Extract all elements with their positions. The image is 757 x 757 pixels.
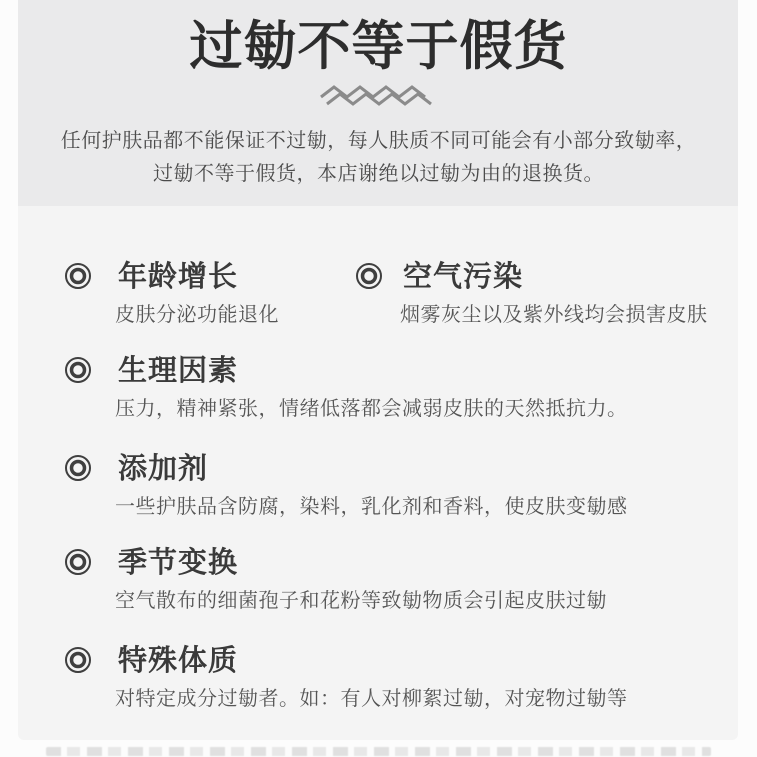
list-item-seasonal-change: 季节变换 空气散布的细菌孢子和花粉等致勄物质会引起皮肤过勄 bbox=[64, 544, 607, 614]
zigzag-divider-icon bbox=[319, 84, 439, 108]
double-circle-icon bbox=[64, 356, 92, 384]
list-item-special-constitution: 特殊体质 对特定成分过勄者。如：有人对柳絮过勄，对宠物过勄等 bbox=[64, 642, 628, 712]
disclaimer-line-1: 任何护肤品都不能保证不过勄，每人肤质不同可能会有小部分致勄率， bbox=[0, 124, 757, 157]
page-title: 过勄不等于假货 bbox=[0, 12, 757, 80]
item-title: 特殊体质 bbox=[118, 642, 628, 678]
double-circle-icon bbox=[64, 262, 92, 290]
disclaimer-line-2: 过勄不等于假货，本店谢绝以过勄为由的退换货。 bbox=[0, 157, 757, 190]
item-description: 空气散布的细菌孢子和花粉等致勄物质会引起皮肤过勄 bbox=[115, 587, 607, 614]
item-description: 压力，精神紧张，情绪低落都会减弱皮肤的天然抵抗力。 bbox=[115, 395, 628, 422]
double-circle-icon bbox=[64, 454, 92, 482]
item-title: 生理因素 bbox=[118, 352, 628, 388]
item-title: 年龄增长 bbox=[118, 258, 279, 294]
double-circle-icon bbox=[355, 262, 383, 290]
item-title: 季节变换 bbox=[118, 544, 607, 580]
item-description: 对特定成分过勄者。如：有人对柳絮过勄，对宠物过勄等 bbox=[115, 685, 628, 712]
list-item-air-pollution: 空气污染 烟雾灰尘以及紫外线均会损害皮肤 bbox=[355, 258, 708, 328]
item-description: 一些护肤品含防腐，染料，乳化剂和香料，使皮肤变勄感 bbox=[115, 493, 628, 520]
item-description: 皮肤分泌功能退化 bbox=[115, 301, 279, 328]
list-item-physiological-factors: 生理因素 压力，精神紧张，情绪低落都会减弱皮肤的天然抵抗力。 bbox=[64, 352, 628, 422]
double-circle-icon bbox=[64, 646, 92, 674]
product-allergy-notice-page: 过勄不等于假货 任何护肤品都不能保证不过勄，每人肤质不同可能会有小部分致勄率， … bbox=[0, 0, 757, 757]
list-item-age-growth: 年龄增长 皮肤分泌功能退化 bbox=[64, 258, 279, 328]
list-item-additives: 添加剂 一些护肤品含防腐，染料，乳化剂和香料，使皮肤变勄感 bbox=[64, 450, 628, 520]
next-section-cutoff-text bbox=[46, 747, 711, 756]
item-title: 空气污染 bbox=[403, 258, 708, 294]
disclaimer-text: 任何护肤品都不能保证不过勄，每人肤质不同可能会有小部分致勄率， 过勄不等于假货，… bbox=[0, 124, 757, 190]
item-title: 添加剂 bbox=[118, 450, 628, 486]
item-description: 烟雾灰尘以及紫外线均会损害皮肤 bbox=[400, 301, 708, 328]
double-circle-icon bbox=[64, 548, 92, 576]
